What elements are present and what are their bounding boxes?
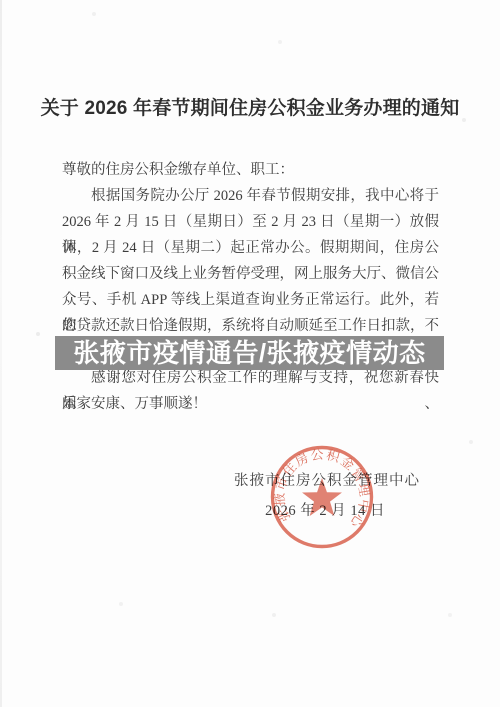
- document-text-line: 积金线下窗口及线上业务暂停受理，网上服务大厅、微信公: [62, 261, 439, 287]
- seal-star-icon: [302, 478, 342, 516]
- overlay-caption-text: 张掖市疫情通告/张掖疫情动态: [73, 340, 425, 366]
- document-text-line: 尊敬的住房公积金缴存单位、职工：: [62, 157, 439, 183]
- document-text-line: 众号、手机 APP 等线上渠道查询业务正常运行。此外，若您: [62, 287, 439, 313]
- overlay-caption-banner: 张掖市疫情通告/张掖疫情动态: [55, 336, 444, 370]
- document-text-line: 休，2 月 24 日（星期二）起正常办公。假期期间，住房公: [62, 235, 439, 261]
- official-seal: 张掖市住房公积金管理中心: [262, 437, 382, 557]
- document-title: 关于 2026 年春节期间住房公积金业务办理的通知: [0, 93, 500, 120]
- document-text-line: 根据国务院办公厅 2026 年春节假期安排，我中心将于: [62, 183, 439, 209]
- document-text-line: 2026 年 2 月 15 日（星期日）至 2 月 23 日（星期一）放假调: [62, 209, 439, 235]
- document-page: 关于 2026 年春节期间住房公积金业务办理的通知 尊敬的住房公积金缴存单位、职…: [0, 0, 500, 707]
- document-body: 尊敬的住房公积金缴存单位、职工：根据国务院办公厅 2026 年春节假期安排，我中…: [62, 157, 439, 417]
- scan-noise-specks: [0, 0, 2, 2]
